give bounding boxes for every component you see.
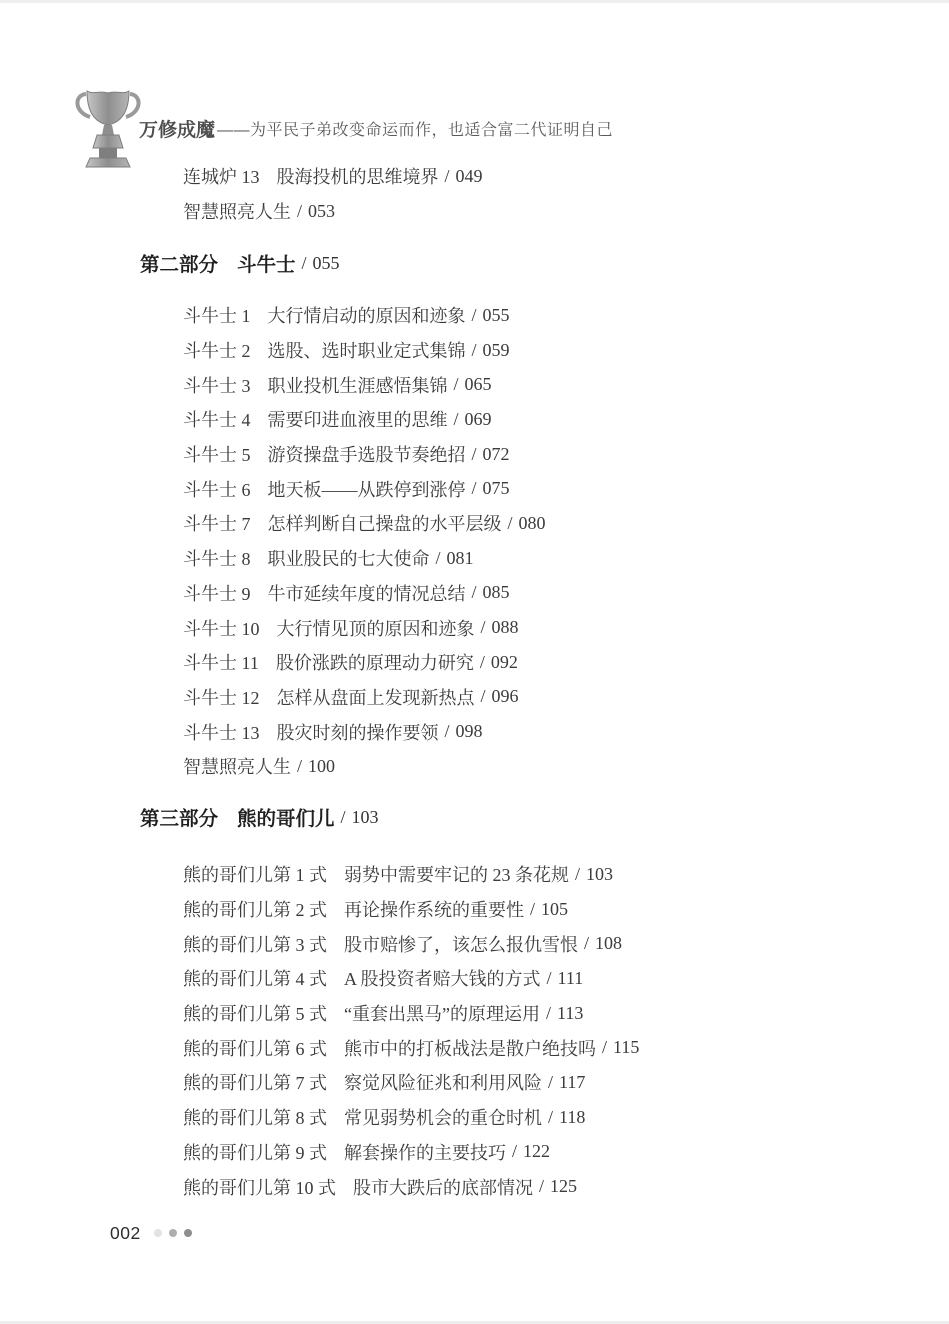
entry-label: 熊的哥们儿第 2 式 (183, 896, 327, 922)
entry-label: 斗牛士 12 (183, 684, 260, 710)
entry-page-number: 059 (483, 340, 510, 361)
entry-separator: / (445, 166, 450, 187)
entry-separator: / (546, 1003, 551, 1024)
entry-separator: / (584, 933, 589, 954)
entry-page-number: 118 (559, 1107, 585, 1128)
entry-label: 熊的哥们儿第 1 式 (183, 861, 327, 887)
toc-entry: 连城炉 13 股海投机的思维境界 / 049 (183, 159, 483, 194)
entry-title: 选股、选时职业定式集锦 (268, 337, 466, 363)
toc-entry: 熊的哥们儿第 2 式 再论操作系统的重要性 / 105 (183, 892, 639, 927)
entry-title: 游资操盘手选股节奏绝招 (268, 441, 466, 467)
toc-entry: 斗牛士 12 怎样从盘面上发现新热点 / 096 (183, 680, 546, 715)
entry-label: 斗牛士 8 (183, 545, 251, 571)
entry-separator: / (472, 582, 477, 603)
entry-page-number: 096 (492, 686, 519, 707)
entry-title: 大行情见顶的原因和迹象 (277, 615, 475, 641)
entry-title: 解套操作的主要技巧 (344, 1139, 506, 1165)
entry-title: 股市大跌后的底部情况 (353, 1174, 533, 1200)
entry-separator: / (575, 864, 580, 885)
entry-page-number: 125 (550, 1176, 577, 1197)
toc-entry: 熊的哥们儿第 1 式 弱势中需要牢记的 23 条花规 / 103 (183, 857, 639, 892)
entry-page-number: 108 (595, 933, 622, 954)
entry-separator: / (445, 721, 450, 742)
entry-separator: / (454, 374, 459, 395)
toc-entry: 智慧照亮人生 / 053 (183, 194, 483, 229)
entry-label: 斗牛士 7 (183, 510, 251, 536)
entry-label: 斗牛士 11 (183, 649, 259, 675)
entry-label: 斗牛士 10 (183, 615, 260, 641)
heading-separator: / (302, 253, 307, 274)
entry-title: 职业股民的七大使命 (268, 545, 430, 571)
toc-entry: 斗牛士 10 大行情见顶的原因和迹象 / 088 (183, 610, 546, 645)
entry-label: 斗牛士 5 (183, 441, 251, 467)
entry-label: 斗牛士 3 (183, 372, 251, 398)
entry-label: 熊的哥们儿第 4 式 (183, 965, 327, 991)
entry-page-number: 085 (483, 582, 510, 603)
entry-separator: / (548, 1107, 553, 1128)
entry-title: 股市赔惨了，该怎么报仇雪恨 (344, 931, 578, 957)
entry-page-number: 113 (557, 1003, 583, 1024)
entry-page-number: 088 (492, 617, 519, 638)
entry-separator: / (512, 1141, 517, 1162)
entry-page-number: 055 (483, 305, 510, 326)
entry-page-number: 122 (523, 1141, 550, 1162)
toc-entry: 斗牛士 5 游资操盘手选股节奏绝招 / 072 (183, 437, 546, 472)
toc-entry: 斗牛士 9 牛市延续年度的情况总结 / 085 (183, 576, 546, 611)
toc-section-part2: 第二部分 斗牛士 / 055 斗牛士 1 大行情启动的原因和迹象 / 055 斗… (140, 246, 546, 784)
entry-separator: / (602, 1037, 607, 1058)
entry-separator: / (436, 548, 441, 569)
entry-label: 斗牛士 6 (183, 476, 251, 502)
heading-section-name: 斗牛士 (237, 249, 296, 277)
entry-title: 股灾时刻的操作要领 (277, 719, 439, 745)
entry-label: 熊的哥们儿第 10 式 (183, 1174, 336, 1200)
entry-separator: / (297, 201, 302, 222)
book-toc-page: 万修成魔 ——为平民子弟改变命运而作，也适合富二代证明自己 连城炉 13 股海投… (0, 0, 949, 1324)
toc-intro-entries: 连城炉 13 股海投机的思维境界 / 049 智慧照亮人生 / 053 (183, 159, 483, 228)
entry-title: 地天板——从跌停到涨停 (268, 476, 466, 502)
entry-page-number: 049 (456, 166, 483, 187)
entry-separator: / (547, 968, 552, 989)
toc-section-part3: 第三部分 熊的哥们儿 / 103 熊的哥们儿第 1 式 弱势中需要牢记的 23 … (140, 800, 639, 1204)
entry-title: 股海投机的思维境界 (277, 163, 439, 189)
entry-page-number: 065 (465, 374, 492, 395)
entry-page-number: 072 (483, 444, 510, 465)
toc-entry: 熊的哥们儿第 3 式 股市赔惨了，该怎么报仇雪恨 / 108 (183, 926, 639, 961)
entry-label: 智慧照亮人生 (183, 753, 291, 779)
entry-label: 斗牛士 1 (183, 302, 251, 328)
entry-page-number: 080 (519, 513, 546, 534)
entry-page-number: 098 (456, 721, 483, 742)
entry-separator: / (508, 513, 513, 534)
entry-page-number: 081 (447, 548, 474, 569)
entry-label: 连城炉 13 (183, 163, 260, 189)
entry-title: 常见弱势机会的重仓时机 (344, 1104, 542, 1130)
book-title: 万修成魔 (139, 115, 215, 142)
entry-title: 怎样判断自己操盘的水平层级 (268, 510, 502, 536)
trophy-icon (73, 86, 143, 174)
book-subtitle: ——为平民子弟改变命运而作，也适合富二代证明自己 (217, 117, 613, 140)
toc-entry: 斗牛士 11 股价涨跌的原理动力研究 / 092 (183, 645, 546, 680)
entry-label: 智慧照亮人生 (183, 198, 291, 224)
toc-entry: 熊的哥们儿第 8 式 常见弱势机会的重仓时机 / 118 (183, 1100, 639, 1135)
page-number: 002 (110, 1223, 141, 1244)
toc-entry: 熊的哥们儿第 10 式 股市大跌后的底部情况 / 125 (183, 1169, 639, 1204)
toc-entry: 熊的哥们儿第 9 式 解套操作的主要技巧 / 122 (183, 1135, 639, 1170)
toc-entry: 斗牛士 4 需要印进血液里的思维 / 069 (183, 402, 546, 437)
dot-2 (169, 1229, 177, 1237)
toc-entry: 熊的哥们儿第 5 式 “重套出黑马”的原理运用 / 113 (183, 996, 639, 1031)
section-entry-list: 斗牛士 1 大行情启动的原因和迹象 / 055 斗牛士 2 选股、选时职业定式集… (183, 298, 546, 784)
entry-separator: / (480, 652, 485, 673)
entry-separator: / (481, 617, 486, 638)
entry-label: 斗牛士 4 (183, 406, 251, 432)
entry-page-number: 111 (558, 968, 584, 989)
toc-entry: 熊的哥们儿第 6 式 熊市中的打板战法是散户绝技吗 / 115 (183, 1030, 639, 1065)
toc-entry: 熊的哥们儿第 4 式 A 股投资者赔大钱的方式 / 111 (183, 961, 639, 996)
entry-separator: / (539, 1176, 544, 1197)
entry-separator: / (472, 478, 477, 499)
entry-title: 牛市延续年度的情况总结 (268, 580, 466, 606)
toc-entry: 斗牛士 8 职业股民的七大使命 / 081 (183, 541, 546, 576)
entry-label: 熊的哥们儿第 7 式 (183, 1069, 327, 1095)
heading-page-number: 103 (352, 807, 379, 828)
entry-label: 斗牛士 13 (183, 719, 260, 745)
section-heading: 第二部分 斗牛士 / 055 (140, 246, 546, 280)
entry-page-number: 053 (308, 201, 335, 222)
toc-entry: 斗牛士 7 怎样判断自己操盘的水平层级 / 080 (183, 506, 546, 541)
entry-separator: / (472, 444, 477, 465)
section-entry-list: 熊的哥们儿第 1 式 弱势中需要牢记的 23 条花规 / 103 熊的哥们儿第 … (183, 857, 639, 1204)
page-footer: 002 (110, 1222, 192, 1244)
entry-label: 熊的哥们儿第 3 式 (183, 931, 327, 957)
entry-page-number: 115 (613, 1037, 639, 1058)
entry-title: 需要印进血液里的思维 (268, 406, 448, 432)
entry-title: 股价涨跌的原理动力研究 (276, 649, 474, 675)
entry-page-number: 103 (586, 864, 613, 885)
entry-title: 大行情启动的原因和迹象 (268, 302, 466, 328)
page-top-edge (0, 0, 949, 3)
entry-label: 斗牛士 9 (183, 580, 251, 606)
entry-page-number: 069 (465, 409, 492, 430)
entry-title: “重套出黑马”的原理运用 (344, 1000, 540, 1026)
toc-entry: 熊的哥们儿第 7 式 察觉风险征兆和利用风险 / 117 (183, 1065, 639, 1100)
entry-page-number: 117 (559, 1072, 585, 1093)
entry-title: 弱势中需要牢记的 23 条花规 (344, 861, 569, 887)
entry-page-number: 075 (483, 478, 510, 499)
toc-entry: 斗牛士 6 地天板——从跌停到涨停 / 075 (183, 471, 546, 506)
dot-3 (184, 1229, 192, 1237)
entry-label: 熊的哥们儿第 9 式 (183, 1139, 327, 1165)
heading-separator: / (341, 807, 346, 828)
entry-title: 职业投机生涯感悟集锦 (268, 372, 448, 398)
entry-separator: / (548, 1072, 553, 1093)
toc-entry: 斗牛士 2 选股、选时职业定式集锦 / 059 (183, 333, 546, 368)
entry-page-number: 092 (491, 652, 518, 673)
entry-separator: / (530, 899, 535, 920)
entry-label: 熊的哥们儿第 5 式 (183, 1000, 327, 1026)
toc-entry: 斗牛士 3 职业投机生涯感悟集锦 / 065 (183, 367, 546, 402)
section-heading: 第三部分 熊的哥们儿 / 103 (140, 800, 639, 834)
running-header: 万修成魔 ——为平民子弟改变命运而作，也适合富二代证明自己 (139, 110, 613, 146)
entry-title: A 股投资者赔大钱的方式 (344, 965, 541, 991)
entry-label: 熊的哥们儿第 8 式 (183, 1104, 327, 1130)
entry-separator: / (481, 686, 486, 707)
entry-separator: / (472, 305, 477, 326)
entry-title: 怎样从盘面上发现新热点 (277, 684, 475, 710)
heading-part-label: 第二部分 (140, 249, 218, 277)
toc-entry: 斗牛士 13 股灾时刻的操作要领 / 098 (183, 714, 546, 749)
entry-label: 熊的哥们儿第 6 式 (183, 1035, 327, 1061)
entry-separator: / (454, 409, 459, 430)
entry-label: 斗牛士 2 (183, 337, 251, 363)
dot-1 (154, 1229, 162, 1237)
toc-entry: 智慧照亮人生 / 100 (183, 749, 546, 784)
heading-page-number: 055 (313, 253, 340, 274)
entry-title: 察觉风险征兆和利用风险 (344, 1069, 542, 1095)
entry-separator: / (472, 340, 477, 361)
progress-dots (154, 1229, 192, 1237)
entry-page-number: 100 (308, 756, 335, 777)
toc-entry: 斗牛士 1 大行情启动的原因和迹象 / 055 (183, 298, 546, 333)
entry-separator: / (297, 756, 302, 777)
heading-section-name: 熊的哥们儿 (237, 803, 335, 831)
entry-title: 熊市中的打板战法是散户绝技吗 (344, 1035, 596, 1061)
heading-part-label: 第三部分 (140, 803, 218, 831)
entry-title: 再论操作系统的重要性 (344, 896, 524, 922)
entry-page-number: 105 (541, 899, 568, 920)
